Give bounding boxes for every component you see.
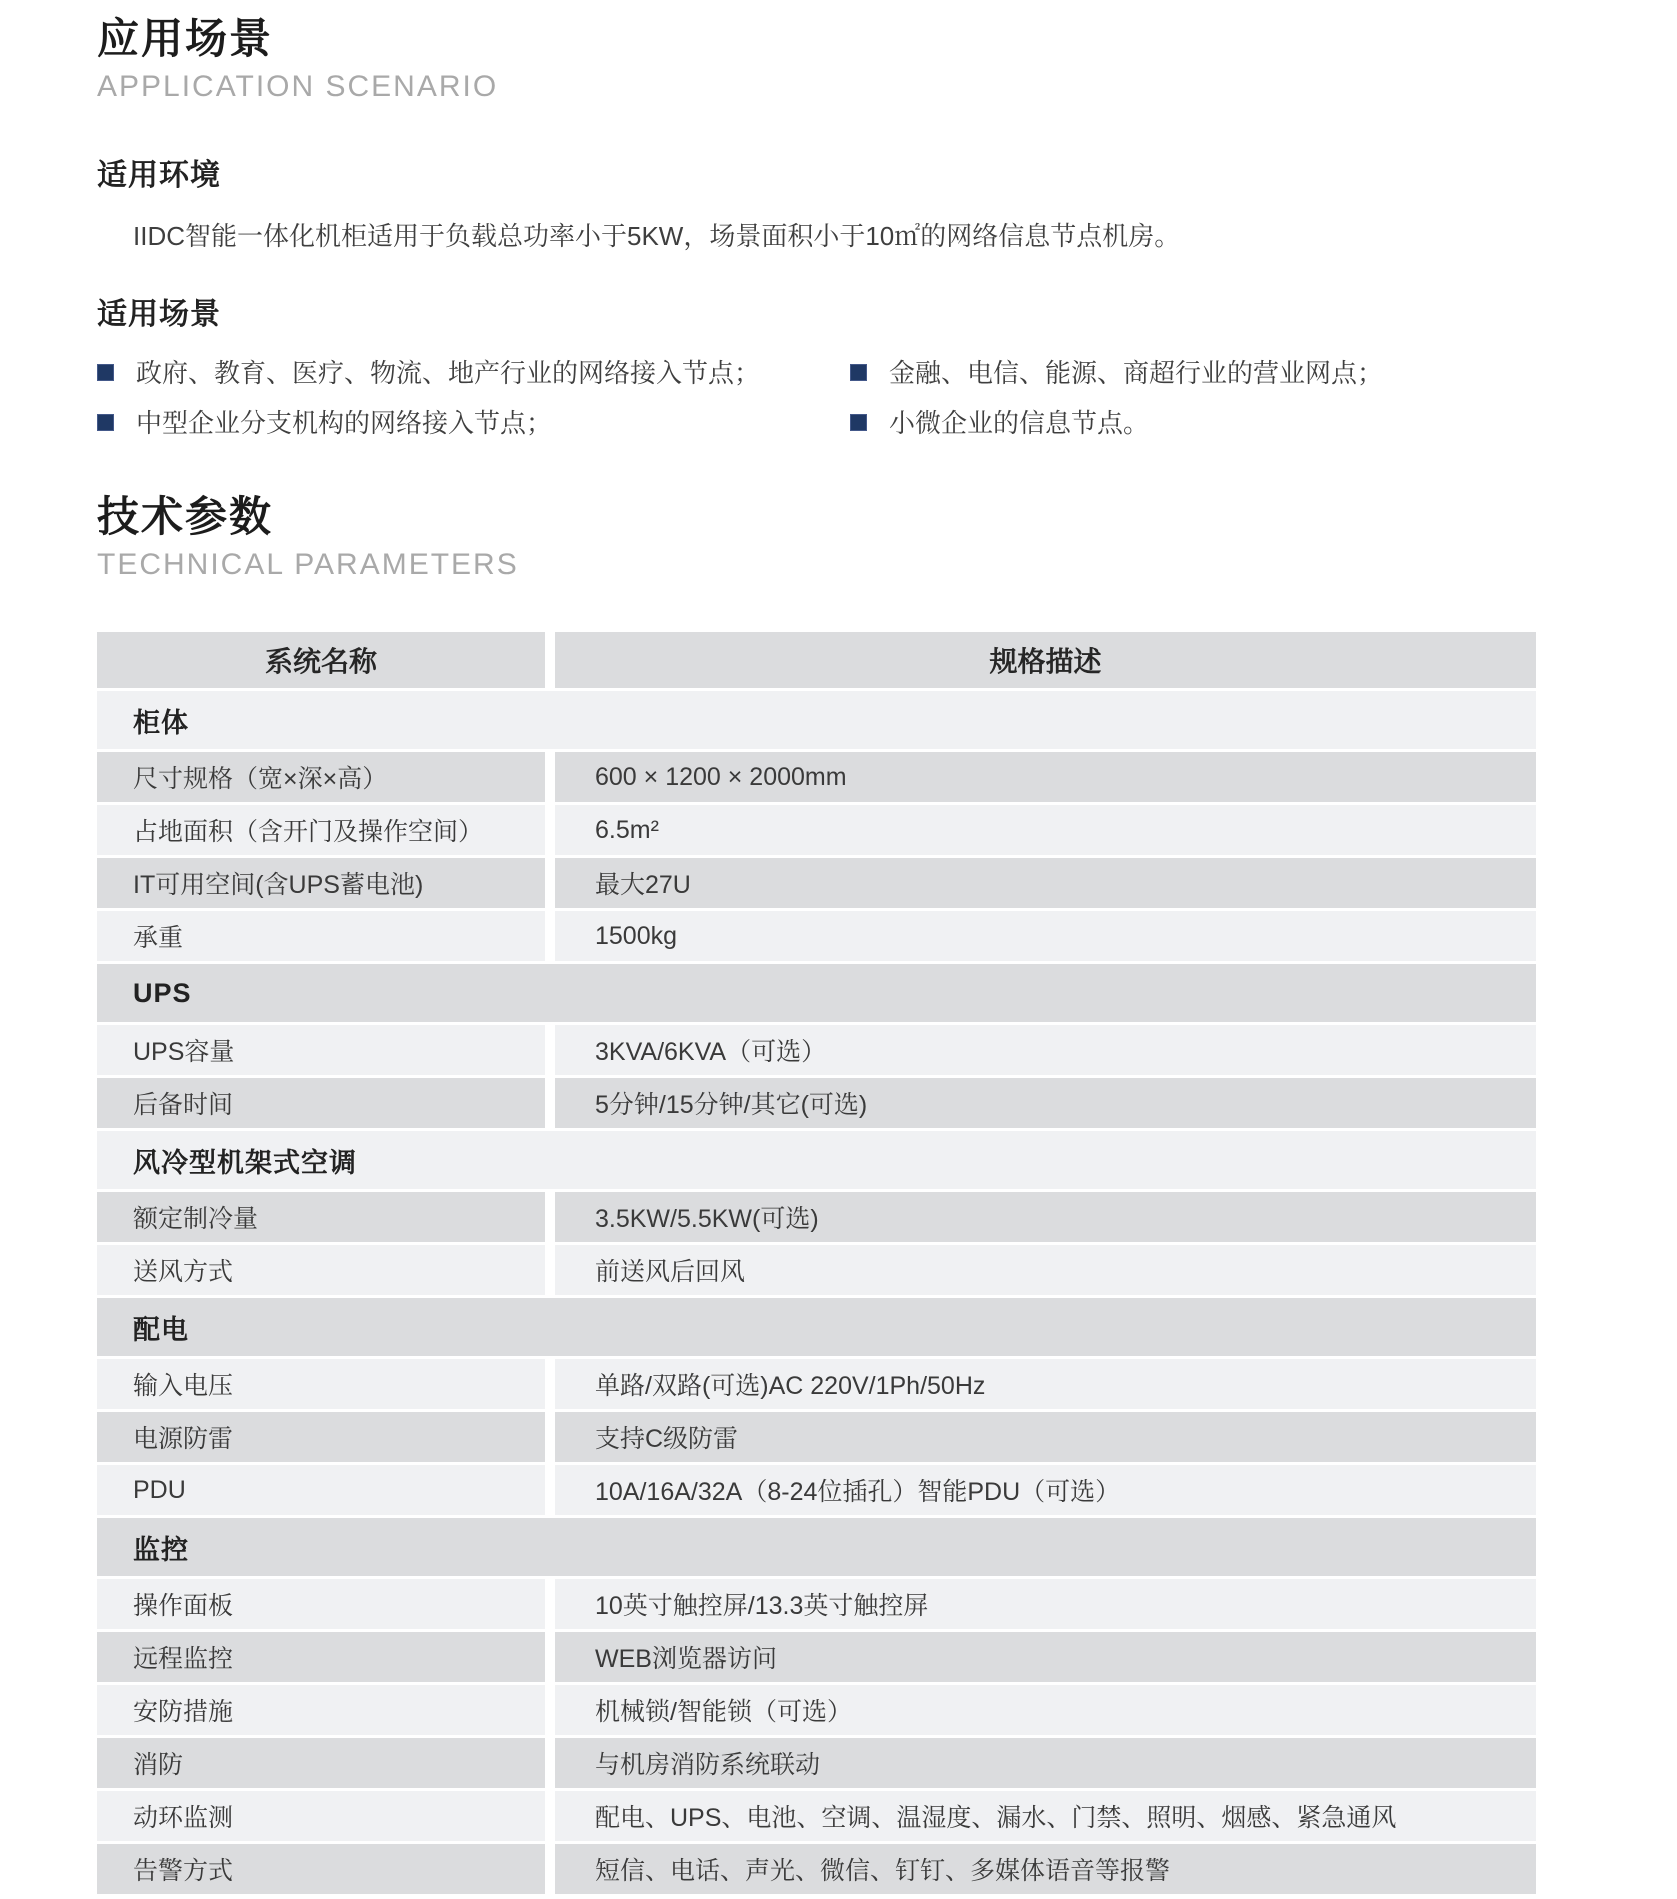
table-section-label: 配电 bbox=[133, 1308, 189, 1347]
table-header-row: 系统名称 规格描述 bbox=[97, 632, 1536, 688]
bullet-text: 政府、教育、医疗、物流、地产行业的网络接入节点； bbox=[136, 359, 760, 388]
table-cell-parameter-name: 动环监测 bbox=[97, 1791, 545, 1841]
table-cell-spec-value: 配电、UPS、电池、空调、温湿度、漏水、门禁、照明、烟感、紧急通风 bbox=[555, 1791, 1536, 1841]
table-row: 额定制冷量3.5KW/5.5KW(可选) bbox=[97, 1192, 1536, 1242]
table-row: 送风方式前送风后回风 bbox=[97, 1245, 1536, 1295]
table-cell-spec-value: 600 × 1200 × 2000mm bbox=[555, 752, 1536, 802]
table-row: 尺寸规格（宽×深×高）600 × 1200 × 2000mm bbox=[97, 752, 1536, 802]
table-section-label: 风冷型机架式空调 bbox=[133, 1141, 357, 1180]
table-cell-parameter-name: 占地面积（含开门及操作空间） bbox=[97, 805, 545, 855]
column-header-system-name: 系统名称 bbox=[97, 632, 545, 688]
table-cell-spec-value: 3.5KW/5.5KW(可选) bbox=[555, 1192, 1536, 1242]
document-page: 应用场景 APPLICATION SCENARIO 适用环境 IIDC智能一体化… bbox=[0, 0, 1677, 1899]
table-section-label: 柜体 bbox=[133, 701, 189, 740]
table-section-label: 监控 bbox=[133, 1528, 189, 1567]
table-row: 输入电压单路/双路(可选)AC 220V/1Ph/50Hz bbox=[97, 1359, 1536, 1409]
table-cell-parameter-name: 输入电压 bbox=[97, 1359, 545, 1409]
table-cell-spec-value: 3KVA/6KVA（可选） bbox=[555, 1025, 1536, 1075]
table-row: 电源防雷支持C级防雷 bbox=[97, 1412, 1536, 1462]
bullet-text: 金融、电信、能源、商超行业的营业网点； bbox=[889, 359, 1383, 388]
table-cell-spec-value: 单路/双路(可选)AC 220V/1Ph/50Hz bbox=[555, 1359, 1536, 1409]
table-cell-spec-value: 1500kg bbox=[555, 911, 1536, 961]
table-cell-spec-value: 短信、电话、声光、微信、钉钉、多媒体语音等报警 bbox=[555, 1844, 1536, 1894]
table-cell-parameter-name: 送风方式 bbox=[97, 1245, 545, 1295]
table-cell-spec-value: 机械锁/智能锁（可选） bbox=[555, 1685, 1536, 1735]
table-row: 承重1500kg bbox=[97, 911, 1536, 961]
table-section-row: 配电 bbox=[97, 1298, 1536, 1356]
table-row: UPS容量3KVA/6KVA（可选） bbox=[97, 1025, 1536, 1075]
table-cell-spec-value: 10A/16A/32A（8-24位插孔）智能PDU（可选） bbox=[555, 1465, 1536, 1515]
table-row: 后备时间5分钟/15分钟/其它(可选) bbox=[97, 1078, 1536, 1128]
table-section-row: 风冷型机架式空调 bbox=[97, 1131, 1536, 1189]
table-section-row: 监控 bbox=[97, 1518, 1536, 1576]
table-row: 占地面积（含开门及操作空间）6.5m² bbox=[97, 805, 1536, 855]
technical-parameters-section: 技术参数 TECHNICAL PARAMETERS 系统名称 规格描述 柜体尺寸… bbox=[97, 494, 1677, 1894]
bullet-square-icon bbox=[97, 414, 114, 431]
bullet-square-icon bbox=[850, 414, 867, 431]
column-header-spec-description: 规格描述 bbox=[555, 632, 1536, 688]
table-cell-parameter-name: 额定制冷量 bbox=[97, 1192, 545, 1242]
page-title: 应用场景 bbox=[97, 16, 1677, 62]
table-cell-spec-value: 支持C级防雷 bbox=[555, 1412, 1536, 1462]
table-row: PDU10A/16A/32A（8-24位插孔）智能PDU（可选） bbox=[97, 1465, 1536, 1515]
table-cell-parameter-name: 安防措施 bbox=[97, 1685, 545, 1735]
table-cell-parameter-name: UPS容量 bbox=[97, 1025, 545, 1075]
table-cell-parameter-name: 操作面板 bbox=[97, 1579, 545, 1629]
section-title-english: TECHNICAL PARAMETERS bbox=[97, 548, 1677, 582]
table-section-row: 柜体 bbox=[97, 691, 1536, 749]
page-title-english: APPLICATION SCENARIO bbox=[97, 70, 1677, 104]
spec-table: 系统名称 规格描述 柜体尺寸规格（宽×深×高）600 × 1200 × 2000… bbox=[97, 632, 1536, 1894]
table-cell-parameter-name: 告警方式 bbox=[97, 1844, 545, 1894]
application-scenario-section: 应用场景 APPLICATION SCENARIO 适用环境 IIDC智能一体化… bbox=[97, 16, 1677, 438]
table-body: 柜体尺寸规格（宽×深×高）600 × 1200 × 2000mm占地面积（含开门… bbox=[97, 691, 1536, 1894]
bullet-text: 小微企业的信息节点。 bbox=[889, 409, 1149, 438]
table-row: 动环监测配电、UPS、电池、空调、温湿度、漏水、门禁、照明、烟感、紧急通风 bbox=[97, 1791, 1536, 1841]
table-row: 安防措施机械锁/智能锁（可选） bbox=[97, 1685, 1536, 1735]
bullet-text: 中型企业分支机构的网络接入节点； bbox=[136, 409, 552, 438]
bullet-square-icon bbox=[850, 364, 867, 381]
list-item: 中型企业分支机构的网络接入节点； bbox=[97, 409, 850, 438]
table-cell-spec-value: 10英寸触控屏/13.3英寸触控屏 bbox=[555, 1579, 1536, 1629]
list-item: 金融、电信、能源、商超行业的营业网点； bbox=[850, 359, 1617, 388]
table-cell-spec-value: 与机房消防系统联动 bbox=[555, 1738, 1536, 1788]
table-row: 告警方式短信、电话、声光、微信、钉钉、多媒体语音等报警 bbox=[97, 1844, 1536, 1894]
table-row: 操作面板10英寸触控屏/13.3英寸触控屏 bbox=[97, 1579, 1536, 1629]
list-item: 小微企业的信息节点。 bbox=[850, 409, 1617, 438]
table-cell-parameter-name: 尺寸规格（宽×深×高） bbox=[97, 752, 545, 802]
environment-heading: 适用环境 bbox=[97, 150, 1677, 194]
table-section-label: UPS bbox=[133, 978, 192, 1009]
table-cell-parameter-name: IT可用空间(含UPS蓄电池) bbox=[97, 858, 545, 908]
bullet-square-icon bbox=[97, 364, 114, 381]
table-cell-parameter-name: 电源防雷 bbox=[97, 1412, 545, 1462]
environment-paragraph: IIDC智能一体化机柜适用于负载总功率小于5KW，场景面积小于10㎡的网络信息节… bbox=[97, 220, 1677, 253]
scenario-bullet-list: 政府、教育、医疗、物流、地产行业的网络接入节点； 金融、电信、能源、商超行业的营… bbox=[97, 359, 1677, 438]
table-row: IT可用空间(含UPS蓄电池)最大27U bbox=[97, 858, 1536, 908]
table-row: 远程监控WEB浏览器访问 bbox=[97, 1632, 1536, 1682]
table-section-row: UPS bbox=[97, 964, 1536, 1022]
table-cell-spec-value: 6.5m² bbox=[555, 805, 1536, 855]
table-cell-spec-value: 5分钟/15分钟/其它(可选) bbox=[555, 1078, 1536, 1128]
table-cell-parameter-name: 消防 bbox=[97, 1738, 545, 1788]
list-item: 政府、教育、医疗、物流、地产行业的网络接入节点； bbox=[97, 359, 850, 388]
table-cell-parameter-name: PDU bbox=[97, 1465, 545, 1515]
table-cell-spec-value: WEB浏览器访问 bbox=[555, 1632, 1536, 1682]
table-cell-spec-value: 最大27U bbox=[555, 858, 1536, 908]
section-title: 技术参数 bbox=[97, 494, 1677, 540]
table-cell-parameter-name: 远程监控 bbox=[97, 1632, 545, 1682]
table-cell-parameter-name: 后备时间 bbox=[97, 1078, 545, 1128]
scenario-heading: 适用场景 bbox=[97, 289, 1677, 333]
table-row: 消防与机房消防系统联动 bbox=[97, 1738, 1536, 1788]
table-cell-spec-value: 前送风后回风 bbox=[555, 1245, 1536, 1295]
table-cell-parameter-name: 承重 bbox=[97, 911, 545, 961]
